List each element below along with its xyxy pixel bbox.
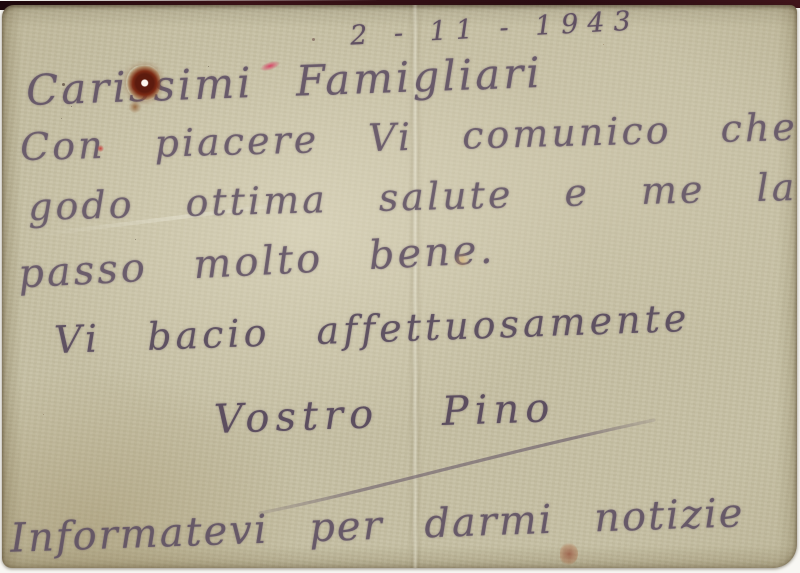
date-line: 2 - 11 - 1943 — [349, 5, 640, 51]
signature-line: Vostro Pino — [213, 385, 556, 443]
body-line-3: passo molto bene. — [17, 227, 496, 298]
small-brown-stain — [128, 101, 142, 113]
scanned-postcard-page: { "postcard": { "date": "2 - 11 - 1943",… — [0, 0, 800, 573]
bottom-brown-stain — [560, 543, 578, 565]
paper-specks — [62, 83, 65, 86]
closing-line: Vi bacio affettuosamente — [53, 296, 691, 362]
red-dot — [97, 145, 104, 152]
postscript-line: Informatevi per darmi notizie — [9, 490, 745, 562]
tan-blotch — [454, 253, 470, 267]
salutation-line: Carissimi Famigliari — [25, 48, 543, 115]
postcard-paper: 2 - 11 - 1943 Carissimi Famigliari Con p… — [2, 5, 797, 568]
dark-red-stain — [126, 65, 160, 101]
